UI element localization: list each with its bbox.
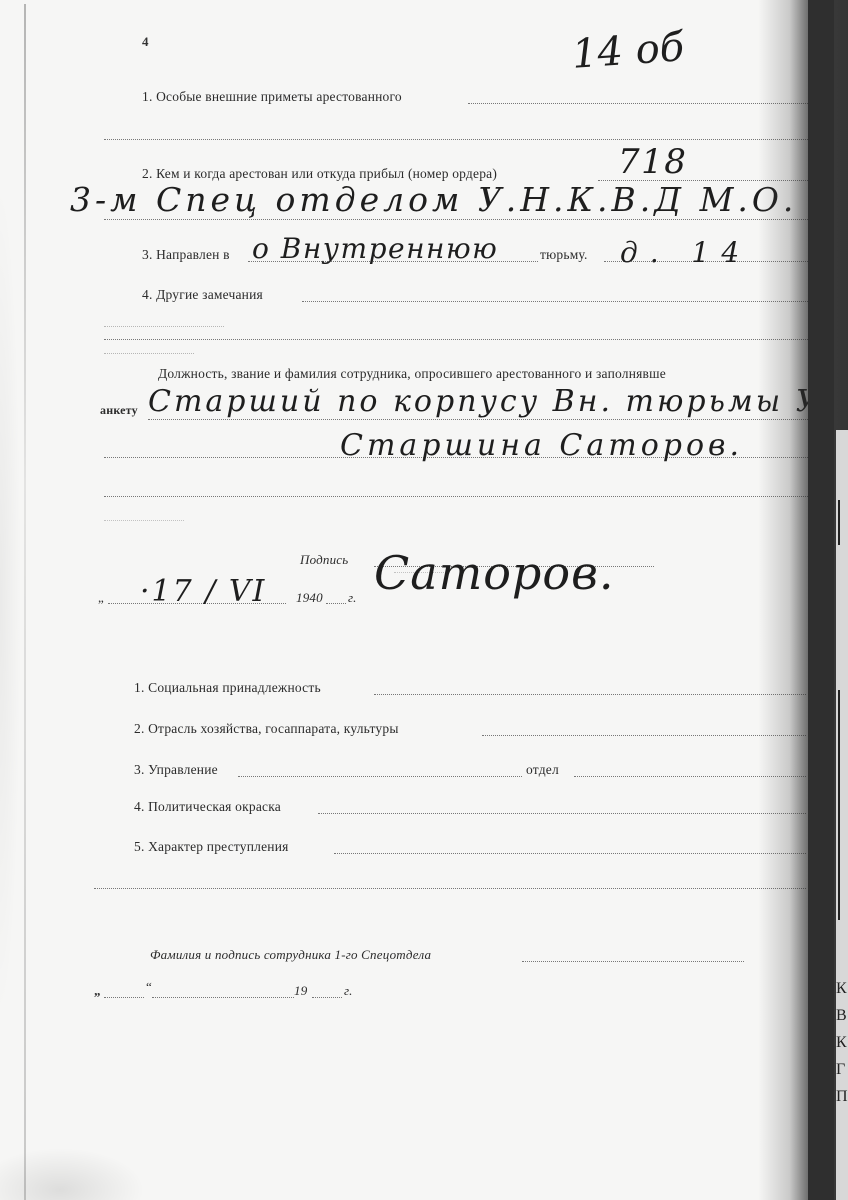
sd-item-3-field[interactable] (238, 776, 522, 777)
arrested-by-text: 3-м Спец отделом У.Н.К.В.Д М.О. (70, 180, 797, 219)
item-3-suffix: тюрьму. (540, 247, 588, 263)
sd-date-open-quote: „ (94, 983, 101, 999)
officer-heading: Должность, звание и фамилия сотрудника, … (158, 366, 666, 382)
signature-label: Подпись (300, 552, 348, 568)
sd-item-1-field[interactable] (374, 694, 806, 695)
sd-date-field[interactable] (152, 997, 294, 998)
sd-date-year-suffix: г. (344, 983, 353, 999)
sd-item-1-label: 1. Социальная принадлежность (134, 680, 321, 696)
next-page-rule-1 (838, 500, 840, 545)
item-1-label: 1. Особые внешние приметы арестованного (142, 89, 402, 105)
page-left-edge (24, 4, 26, 1200)
item-4-field-line-4[interactable] (104, 353, 194, 354)
date-year-field[interactable] (326, 603, 346, 604)
binding-spine (808, 0, 834, 1200)
blank-line-a (104, 520, 184, 521)
item-1-field[interactable] (468, 103, 808, 104)
sd-item-3-label-2: отдел (526, 762, 559, 778)
date-open-quote: „ (98, 590, 104, 606)
item-2-field-line-2[interactable] (104, 219, 808, 220)
sd-item-5-label: 5. Характер преступления (134, 839, 289, 855)
cell-number: д. 14 (620, 236, 751, 269)
date-year: 1940 (296, 590, 323, 606)
next-page-glyphs: К В К Г П (836, 975, 848, 1110)
printed-page-number: 4 (142, 34, 149, 50)
officer-name-text: Старшина Саторов. (340, 428, 743, 463)
item-4-label: 4. Другие замечания (142, 287, 263, 303)
officer-field-line-1[interactable] (148, 419, 808, 420)
prison-name: о Внутреннюю (252, 232, 498, 265)
archive-folio-number: 14 об (571, 24, 686, 78)
sd-item-4-field[interactable] (318, 813, 806, 814)
officer-position-text: Старший по корпусу Вн. тюрьмы У.Н.К. (148, 384, 848, 419)
sd-footer-label: Фамилия и подпись сотрудника 1-го Спецот… (150, 947, 431, 963)
date-day-month: ·17 / VI (140, 574, 266, 609)
handwritten-signature: Саторов. (374, 546, 614, 600)
officer-field-line-3[interactable] (104, 496, 808, 497)
item-1-field-line-2[interactable] (104, 139, 808, 140)
sd-item-4-label: 4. Политическая окраска (134, 799, 281, 815)
next-page-rule-2 (838, 690, 840, 920)
item-4-field-line-2[interactable] (104, 326, 224, 327)
sd-item-5-field[interactable] (334, 853, 806, 854)
item-4-field[interactable] (302, 301, 808, 302)
item-4-field-line-3[interactable] (104, 339, 808, 340)
sd-date-close-quote: “ (146, 979, 152, 995)
date-year-suffix: г. (348, 590, 357, 606)
item-3-label: 3. Направлен в (142, 247, 230, 263)
order-number: 718 (618, 142, 687, 182)
sd-date-year-prefix: 19 (294, 983, 307, 999)
sd-item-5-field-line-2[interactable] (94, 888, 806, 889)
sd-date-year-field[interactable] (312, 997, 342, 998)
sd-footer-field[interactable] (522, 961, 744, 962)
binding-shadow (758, 0, 848, 1200)
document-page: 4 14 об 1. Особые внешние приметы аресто… (0, 0, 848, 1200)
officer-prefix: анкету (100, 403, 138, 418)
sd-item-3-label: 3. Управление (134, 762, 218, 778)
sd-date-quote-field[interactable] (104, 997, 144, 998)
sd-item-2-label: 2. Отрасль хозяйства, госаппарата, культ… (134, 721, 399, 737)
